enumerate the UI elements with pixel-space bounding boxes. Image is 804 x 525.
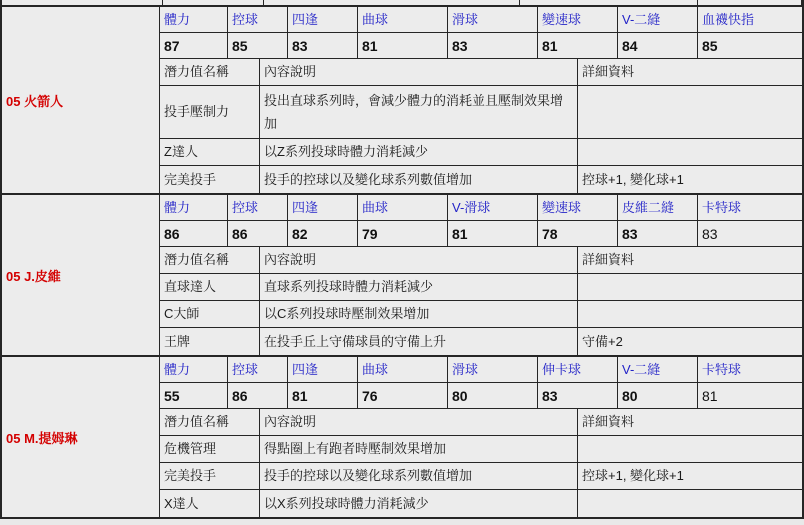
player-stats-page: 05 火箭人 體力 控球 四逢 曲球 滑球 變速球 V-二縫 血襪快指 87 8… [0, 0, 804, 525]
stat-header-fourseam[interactable]: 四逢 [288, 195, 358, 220]
ability-desc: 以Z系列投球時體力消耗減少 [260, 139, 578, 165]
ability-name: 直球達人 [160, 274, 260, 300]
stat-header-changeup[interactable]: 變速球 [538, 7, 618, 32]
stat-value: 84 [618, 33, 698, 58]
player-cell: 05 火箭人 [2, 7, 160, 193]
stat-header-cutter[interactable]: 卡特球 [698, 357, 802, 382]
ability-name: C大師 [160, 301, 260, 327]
stat-value: 81 [448, 221, 538, 246]
stat-header-curve[interactable]: 曲球 [358, 357, 448, 382]
stat-value: 83 [618, 221, 698, 246]
ability-row: X達人 以X系列投球時體力消耗減少 [160, 490, 802, 517]
stat-value-row: 55 86 81 76 80 83 80 81 [160, 383, 802, 409]
player-name: 05 J.皮維 [6, 266, 61, 285]
potential-name-header: 潛力值名稱 [160, 247, 260, 273]
potential-detail-header: 詳細資料 [578, 247, 802, 273]
stat-value: 81 [358, 33, 448, 58]
player-cell: 05 J.皮維 [2, 195, 160, 355]
ability-detail: 控球+1, 變化球+1 [578, 166, 802, 193]
stat-value: 81 [288, 383, 358, 408]
ability-name: 完美投手 [160, 463, 260, 489]
ability-detail [578, 490, 802, 517]
ability-name: 王牌 [160, 328, 260, 355]
ability-detail [578, 436, 802, 462]
stat-value: 87 [160, 33, 228, 58]
ability-row: 完美投手 投手的控球以及變化球系列數值增加 控球+1, 變化球+1 [160, 463, 802, 490]
ability-name: 完美投手 [160, 166, 260, 193]
ability-row: C大師 以C系列投球時壓制效果增加 [160, 301, 802, 328]
stat-header-slider[interactable]: 滑球 [448, 357, 538, 382]
ability-desc: 得點圈上有跑者時壓制效果增加 [260, 436, 578, 462]
potential-detail-header: 詳細資料 [578, 409, 802, 435]
stat-header-row: 體力 控球 四逢 曲球 滑球 變速球 V-二縫 血襪快指 [160, 7, 802, 33]
stat-value: 79 [358, 221, 448, 246]
divider [698, 0, 802, 5]
stat-header-changeup[interactable]: 變速球 [538, 195, 618, 220]
stat-value: 86 [228, 221, 288, 246]
stat-header-stamina[interactable]: 體力 [160, 357, 228, 382]
stat-header-control[interactable]: 控球 [228, 7, 288, 32]
player-section-rocket: 05 火箭人 體力 控球 四逢 曲球 滑球 變速球 V-二縫 血襪快指 87 8… [0, 5, 804, 195]
potential-name-header: 潛力值名稱 [160, 409, 260, 435]
ability-detail [578, 274, 802, 300]
stat-header-special[interactable]: 血襪快指 [698, 7, 802, 32]
player-section-peavy: 05 J.皮維 體力 控球 四逢 曲球 V-滑球 變速球 皮維二縫 卡特球 86… [0, 193, 804, 357]
ability-detail: 控球+1, 變化球+1 [578, 463, 802, 489]
potential-desc-header: 內容說明 [260, 59, 578, 85]
stat-header-stamina[interactable]: 體力 [160, 7, 228, 32]
ability-row: 完美投手 投手的控球以及變化球系列數值增加 控球+1, 變化球+1 [160, 166, 802, 193]
ability-row: 王牌 在投手丘上守備球員的守備上升 守備+2 [160, 328, 802, 355]
stat-value: 78 [538, 221, 618, 246]
stat-header-control[interactable]: 控球 [228, 357, 288, 382]
ability-row: Z達人 以Z系列投球時體力消耗減少 [160, 139, 802, 166]
stat-header-cutter[interactable]: 卡特球 [698, 195, 802, 220]
potential-detail-header: 詳細資料 [578, 59, 802, 85]
ability-name: X達人 [160, 490, 260, 517]
ability-desc: 以C系列投球時壓制效果增加 [260, 301, 578, 327]
player-name: 05 火箭人 [6, 91, 63, 110]
stat-value: 76 [358, 383, 448, 408]
stat-value: 86 [160, 221, 228, 246]
stat-value: 83 [448, 33, 538, 58]
potential-header-row: 潛力值名稱 內容說明 詳細資料 [160, 409, 802, 436]
stat-header-vslider[interactable]: V-滑球 [448, 195, 538, 220]
stat-value: 85 [228, 33, 288, 58]
stat-value: 86 [228, 383, 288, 408]
stat-header-fourseam[interactable]: 四逢 [288, 7, 358, 32]
ability-name: 投手壓制力 [160, 86, 260, 138]
stat-value: 83 [288, 33, 358, 58]
divider [264, 0, 520, 5]
stat-value: 83 [538, 383, 618, 408]
divider [520, 0, 698, 5]
potential-header-row: 潛力值名稱 內容說明 詳細資料 [160, 59, 802, 86]
stat-value: 81 [538, 33, 618, 58]
stat-value: 81 [698, 383, 802, 408]
ability-detail [578, 301, 802, 327]
ability-desc: 投手的控球以及變化球系列數值增加 [260, 166, 578, 193]
ability-name: Z達人 [160, 139, 260, 165]
potential-desc-header: 內容說明 [260, 409, 578, 435]
stat-header-twoseam[interactable]: 皮維二縫 [618, 195, 698, 220]
stat-header-fourseam[interactable]: 四逢 [288, 357, 358, 382]
ability-row: 危機管理 得點圈上有跑者時壓制效果增加 [160, 436, 802, 463]
stat-value: 85 [698, 33, 802, 58]
ability-row: 投手壓制力 投出直球系列時，會減少體力的消耗並且壓制效果增加 [160, 86, 802, 139]
stat-value-row: 86 86 82 79 81 78 83 83 [160, 221, 802, 247]
stat-value: 55 [160, 383, 228, 408]
player-section-timlin: 05 M.提姆琳 體力 控球 四逢 曲球 滑球 伸卡球 V-二縫 卡特球 55 … [0, 355, 804, 519]
potential-desc-header: 內容說明 [260, 247, 578, 273]
stat-header-sinker[interactable]: 伸卡球 [538, 357, 618, 382]
stat-header-vtwoseam[interactable]: V-二縫 [618, 7, 698, 32]
ability-desc: 投手的控球以及變化球系列數值增加 [260, 463, 578, 489]
stat-header-control[interactable]: 控球 [228, 195, 288, 220]
ability-name: 危機管理 [160, 436, 260, 462]
ability-desc: 以X系列投球時體力消耗減少 [260, 490, 578, 517]
ability-row: 直球達人 直球系列投球時體力消耗減少 [160, 274, 802, 301]
divider [163, 0, 264, 5]
ability-desc: 在投手丘上守備球員的守備上升 [260, 328, 578, 355]
ability-desc: 直球系列投球時體力消耗減少 [260, 274, 578, 300]
ability-detail [578, 86, 802, 138]
potential-name-header: 潛力值名稱 [160, 59, 260, 85]
stat-value-row: 87 85 83 81 83 81 84 85 [160, 33, 802, 59]
stat-value: 80 [448, 383, 538, 408]
ability-desc: 投出直球系列時，會減少體力的消耗並且壓制效果增加 [260, 86, 578, 138]
ability-detail: 守備+2 [578, 328, 802, 355]
stat-header-row: 體力 控球 四逢 曲球 滑球 伸卡球 V-二縫 卡特球 [160, 357, 802, 383]
stat-header-curve[interactable]: 曲球 [358, 195, 448, 220]
stat-header-row: 體力 控球 四逢 曲球 V-滑球 變速球 皮維二縫 卡特球 [160, 195, 802, 221]
stat-header-vtwoseam[interactable]: V-二縫 [618, 357, 698, 382]
stat-value: 83 [698, 221, 802, 246]
potential-header-row: 潛力值名稱 內容說明 詳細資料 [160, 247, 802, 274]
stat-header-stamina[interactable]: 體力 [160, 195, 228, 220]
ability-detail [578, 139, 802, 165]
player-name: 05 M.提姆琳 [6, 428, 78, 447]
divider [2, 0, 163, 5]
stat-value: 80 [618, 383, 698, 408]
stat-header-slider[interactable]: 滑球 [448, 7, 538, 32]
stat-header-curve[interactable]: 曲球 [358, 7, 448, 32]
stat-value: 82 [288, 221, 358, 246]
player-cell: 05 M.提姆琳 [2, 357, 160, 517]
